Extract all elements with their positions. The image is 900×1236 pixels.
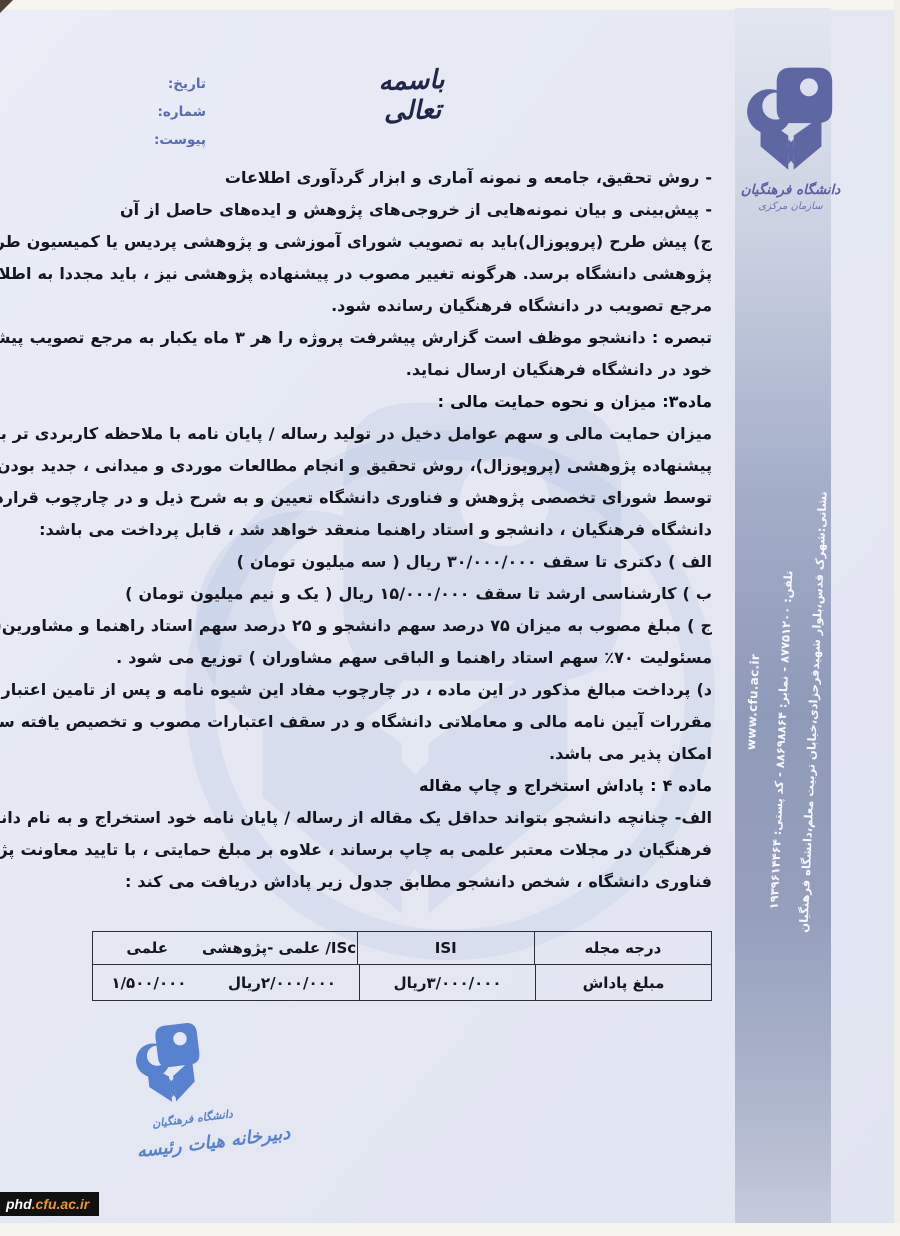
body-line-text: فناوری دانشگاه ، شخص دانشجو مطابق جدول ز… (125, 872, 712, 891)
body-line: - پیش‌بینی و بیان نمونه‌هایی از خروجی‌ها… (73, 194, 712, 226)
body-line-text: پژوهشی دانشگاه برسد. هرگونه تغییر مصوب د… (0, 264, 712, 283)
body-line-text: دانشگاه فرهنگیان ، دانشجو و استاد راهنما… (39, 520, 712, 539)
body-line: مسئولیت ۷۰٪ سهم استاد راهنما و الباقی سه… (73, 642, 712, 674)
reward-table-header-cell: ISc/ علمی -پژوهشی (201, 932, 356, 964)
reward-table-value-cell: مبلغ پاداش (535, 964, 711, 1000)
body-line-text: امکان پذیر می باشد. (549, 744, 712, 763)
article-reward-table: درجه مجله ISI ISc/ علمی -پژوهشی علمی -تر… (92, 931, 712, 1001)
body-line-text: پیشنهاده پژوهشی (پروپوزال)، روش تحقیق و … (0, 456, 712, 475)
body-line-text: ج ) مبلغ مصوب به میزان ۷۵ درصد سهم دانشج… (0, 616, 712, 635)
body-line: میزان حمایت مالی و سهم عوامل دخیل در تول… (73, 418, 712, 450)
body-line: ماده ۴ : پاداش استخراج و چاپ مقاله (73, 770, 712, 802)
body-line: پیشنهاده پژوهشی (پروپوزال)، روش تحقیق و … (73, 450, 712, 482)
body-line-text: خود در دانشگاه فرهنگیان ارسال نماید. (406, 360, 712, 379)
phd-site-suffix: .cfu.ac.ir (32, 1196, 90, 1212)
body-line-text: الف- چنانچه دانشجو بتواند حداقل یک مقاله… (0, 808, 712, 827)
attachment-label: پیوست: (148, 126, 206, 154)
body-line-text: د) پرداخت مبالغ مذکور در این ماده ، در چ… (0, 680, 712, 699)
scan-bottom-edge (0, 1223, 900, 1236)
body-line-text: دانشجو موظف است گزارش پیشرفت پروژه را هر… (0, 328, 652, 347)
reward-table-header-cell: درجه مجله (534, 932, 711, 964)
body-line-text: فرهنگیان در مجلات معتبر علمی به چاپ برسا… (0, 840, 712, 859)
letter-body: - روش تحقیق، جامعه و نمونه آماری و ابزار… (73, 162, 712, 898)
number-label: شماره: (148, 98, 206, 126)
body-line: توسط شورای تخصصی پژوهش و فناوری دانشگاه … (73, 482, 712, 514)
body-line-text: مسئولیت ۷۰٪ سهم استاد راهنما و الباقی سه… (116, 648, 712, 667)
scan-right-edge (894, 0, 900, 1236)
central-organization-label: سازمان مرکزی (718, 201, 863, 212)
body-line-text: میزان حمایت مالی و سهم عوامل دخیل در تول… (0, 424, 712, 443)
phd-site-prefix: phd (6, 1196, 32, 1212)
body-line: الف- چنانچه دانشجو بتواند حداقل یک مقاله… (73, 802, 712, 834)
university-logo-icon (745, 64, 837, 176)
body-line-text: ب ) کارشناسی ارشد تا سقف ۱۵/۰۰۰/۰۰۰ ریال… (125, 584, 712, 603)
body-line-lead: ماده ۴ : پاداش استخراج و چاپ مقاله (419, 776, 712, 795)
body-line-lead: ماده۳: میزان و نحوه حمایت مالی : (438, 392, 712, 411)
body-line: امکان پذیر می باشد. (73, 738, 712, 770)
body-line-text: - روش تحقیق، جامعه و نمونه آماری و ابزار… (225, 168, 712, 187)
body-line-text: الف ) دکتری تا سقف ۳۰/۰۰۰/۰۰۰ ریال ( سه … (237, 552, 712, 571)
letter-meta-labels: تاریخ: شماره: پیوست: (148, 70, 206, 154)
university-name: دانشگاه فرهنگیان (718, 182, 863, 198)
reward-table-header-row: درجه مجله ISI ISc/ علمی -پژوهشی علمی -تر… (93, 932, 711, 964)
body-line-text: توسط شورای تخصصی پژوهش و فناوری دانشگاه … (0, 488, 712, 507)
reward-table-header-cell: ISI (357, 932, 534, 964)
body-line-text: - پیش‌بینی و بیان نمونه‌هایی از خروجی‌ها… (120, 200, 712, 219)
body-line: - روش تحقیق، جامعه و نمونه آماری و ابزار… (73, 162, 712, 194)
body-line: ج ) مبلغ مصوب به میزان ۷۵ درصد سهم دانشج… (73, 610, 712, 642)
bismillah-calligraphy: باسمه تعالی (351, 64, 473, 128)
body-line: د) پرداخت مبالغ مذکور در این ماده ، در چ… (73, 674, 712, 706)
stamp-logo-icon (131, 1019, 209, 1111)
reward-table-value-row: مبلغ پاداش ۳/۰۰۰/۰۰۰ریال ۲/۰۰۰/۰۰۰ریال ۱… (93, 964, 711, 1000)
reward-table-value-cell: ۲/۰۰۰/۰۰۰ریال (205, 964, 359, 1000)
body-line: تبصره : دانشجو موظف است گزارش پیشرفت پرو… (73, 322, 712, 354)
university-logo-block: دانشگاه فرهنگیان سازمان مرکزی (718, 64, 863, 212)
body-line-text: ج) پیش طرح (پروپوزال)باید به تصویب شورای… (0, 232, 712, 251)
body-line-lead: تبصره : (652, 328, 712, 347)
body-line: دانشگاه فرهنگیان ، دانشجو و استاد راهنما… (73, 514, 712, 546)
reward-table-value-cell: ۳/۰۰۰/۰۰۰ریال (359, 964, 535, 1000)
body-line: ج) پیش طرح (پروپوزال)باید به تصویب شورای… (73, 226, 712, 258)
scanned-letter-page: نشانی:شهرک قدس،بلوار شهیدفرحزادی،خیابان … (0, 0, 900, 1236)
body-line: پژوهشی دانشگاه برسد. هرگونه تغییر مصوب د… (73, 258, 712, 290)
reward-table-header-cell: علمی -ترویجی (93, 932, 201, 964)
body-line: ماده۳: میزان و نحوه حمایت مالی : (73, 386, 712, 418)
phd-site-watermark: phd.cfu.ac.ir (0, 1192, 99, 1216)
secretariat-stamp: دانشگاه فرهنگیان دبیرخانه هیات رئیسه (90, 995, 330, 1200)
body-line: ب ) کارشناسی ارشد تا سقف ۱۵/۰۰۰/۰۰۰ ریال… (73, 578, 712, 610)
body-line: الف ) دکتری تا سقف ۳۰/۰۰۰/۰۰۰ ریال ( سه … (73, 546, 712, 578)
body-line: مرجع تصویب در دانشگاه فرهنگیان رسانده شو… (73, 290, 712, 322)
body-line: فرهنگیان در مجلات معتبر علمی به چاپ برسا… (73, 834, 712, 866)
body-line-text: مرجع تصویب در دانشگاه فرهنگیان رسانده شو… (331, 296, 712, 315)
body-line-text: مقررات آیین نامه مالی و معاملاتی دانشگاه… (0, 712, 712, 731)
scan-corner-artifact (0, 0, 13, 13)
date-label: تاریخ: (148, 70, 206, 98)
reward-table-value-cell: ۱/۵۰۰/۰۰۰ ریال (93, 964, 205, 1000)
body-line: فناوری دانشگاه ، شخص دانشجو مطابق جدول ز… (73, 866, 712, 898)
body-line: مقررات آیین نامه مالی و معاملاتی دانشگاه… (73, 706, 712, 738)
body-line: خود در دانشگاه فرهنگیان ارسال نماید. (73, 354, 712, 386)
